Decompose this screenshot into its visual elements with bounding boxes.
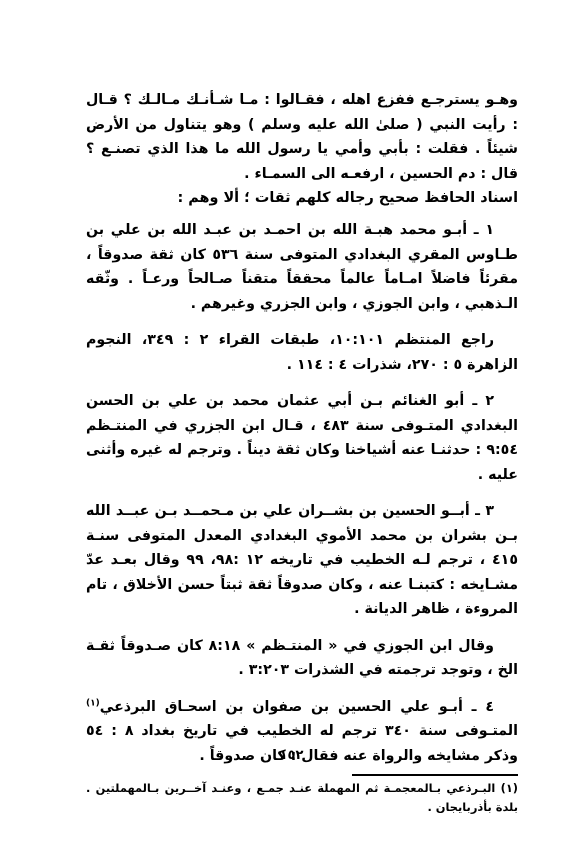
narrator-item-1-reference: راجع المنتظم ١٠:١٠١، طبقات القراء ٢ : ٣٤… — [86, 328, 518, 377]
section-heading: اسناد الحافظ صحيح رجاله كلهم ثقات ؛ ألا … — [86, 186, 518, 210]
document-page: وهـو يسترجـع ففزع اهله ، فقـالوا : مـا ش… — [86, 88, 518, 817]
narrator-item-3-reference: وقال ابن الجوزي في « المنتـظم » ٨:١٨ كان… — [86, 634, 518, 683]
footnote-marker[interactable]: (١) — [86, 698, 100, 708]
narrator-item-1: ١ ـ أبـو محمد هبـة الله بن احمـد بن عبـد… — [86, 218, 518, 316]
footnote-separator — [352, 774, 518, 776]
narrator-item-4-text-start: ٤ ـ أبـو علي الحسين بن صفوان بن اسحـاق ا… — [100, 699, 494, 715]
narrator-item-2: ٢ ـ أبو الغنائم بـن أبي عثمان محمد بن عل… — [86, 389, 518, 487]
page-number: ١٥٢ — [0, 748, 583, 763]
intro-paragraph: وهـو يسترجـع ففزع اهله ، فقـالوا : مـا ش… — [86, 88, 518, 186]
footnote-1: (١) البـرذعي بـالمعجمـة ثم المهملة عنـد … — [86, 779, 518, 817]
narrator-item-3: ٣ ـ أبــو الحسين بن بشــران علي بن مـحمـ… — [86, 499, 518, 622]
